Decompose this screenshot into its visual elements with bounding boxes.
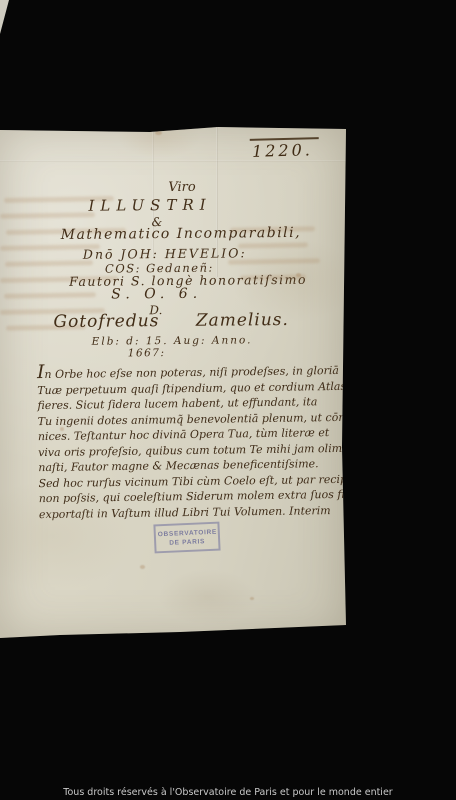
heading-line: ILLUSTRI — [88, 196, 211, 215]
heading-line: Viro — [168, 180, 195, 195]
copyright-caption: Tous droits réservés à l'Observatoire de… — [0, 787, 456, 798]
letter-body: In Orbe hoc eſse non poteras, niſi prode… — [37, 361, 345, 522]
heading-line-year: 1667: — [128, 347, 166, 359]
heading-line-addressee: Dnō JOH: HEVELIO: — [83, 245, 247, 261]
manuscript-sheet: 1220. Viro ILLUSTRI & Mathematico Incomp… — [0, 127, 346, 638]
heading-line: Mathematico Incomparabili, — [61, 225, 301, 243]
digitized-manuscript-photo: { "photo": { "archive_number": "1220.", … — [0, 0, 456, 800]
heading-line-signature: Gotofredus Zamelius. — [53, 310, 289, 332]
heading-line: S. O. 6. — [111, 286, 202, 303]
heading-line-date: Elb: d: 15. Aug: Anno. — [92, 334, 253, 347]
adjacent-sheet-corner — [0, 0, 9, 34]
observatoire-de-paris-stamp: OBSERVATOIRE DE PARIS — [153, 522, 220, 554]
